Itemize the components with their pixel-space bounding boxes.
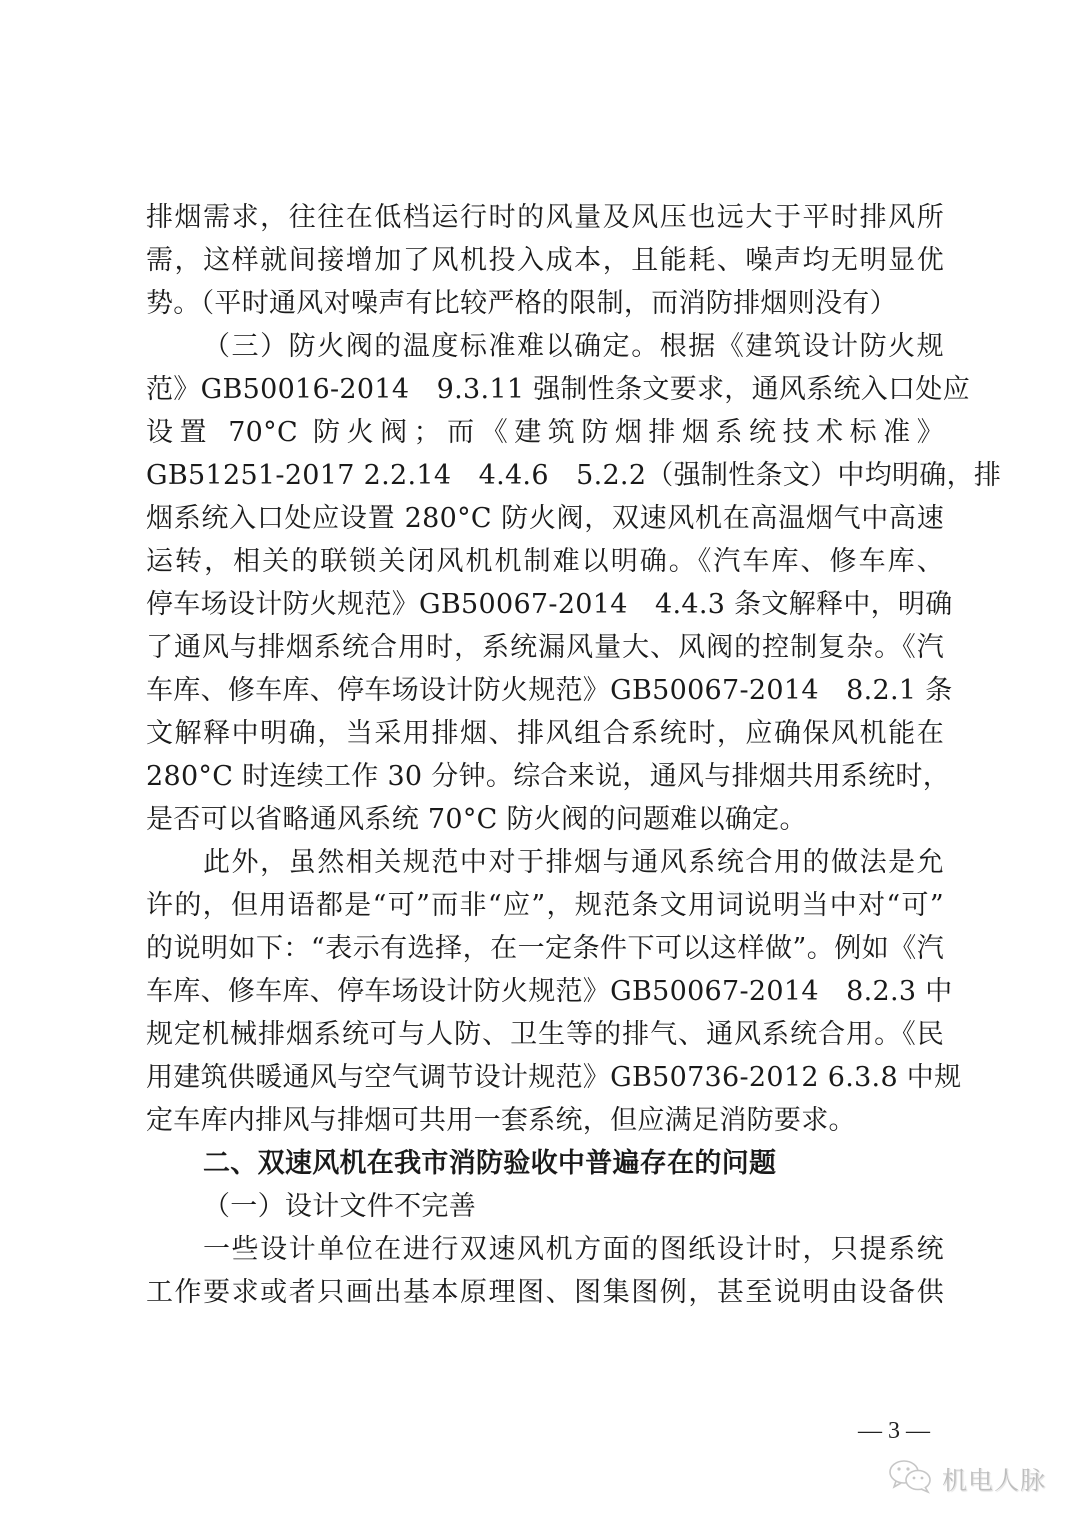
subsection-heading: （一）设计文件不完善 <box>203 1185 944 1228</box>
paragraph-line: 规定机械排烟系统可与人防、卫生等的排气、通风系统合用。《民 <box>146 1013 944 1056</box>
watermark: 机电人脉 <box>888 1458 1046 1499</box>
paragraph-line: 一些设计单位在进行双速风机方面的图纸设计时，只提系统 <box>203 1228 944 1271</box>
section-paragraph-line: （三）防火阀的温度标准难以确定。根据《建筑设计防火规 <box>203 325 944 368</box>
paragraph-line: 用建筑供暖通风与空气调节设计规范》GB50736-2012 6.3.8 中规 <box>146 1056 944 1099</box>
paragraph-line: 文解释中明确，当采用排烟、排风组合系统时，应确保风机能在 <box>146 712 944 755</box>
section-heading: 二、双速风机在我市消防验收中普遍存在的问题 <box>203 1142 944 1185</box>
paragraph-line: 运转，相关的联锁关闭风机机制难以明确。《汽车库、修车库、 <box>146 540 944 583</box>
document-page: 排烟需求，往往在低档运行时的风量及风压也远大于平时排风所 需，这样就间接增加了风… <box>0 0 1080 1527</box>
page-number: — 3 — <box>858 1418 930 1445</box>
paragraph-line: 定车库内排风与排烟可共用一套系统，但应满足消防要求。 <box>146 1099 944 1142</box>
paragraph-line: 停车场设计防火规范》GB50067-2014 4.4.3 条文解释中，明确 <box>146 583 944 626</box>
paragraph-line: 此外，虽然相关规范中对于排烟与通风系统合用的做法是允 <box>203 841 944 884</box>
paragraph-line: 车库、修车库、停车场设计防火规范》GB50067-2014 8.2.1 条 <box>146 669 944 712</box>
paragraph-line: 许的，但用语都是“可”而非“应”，规范条文用词说明当中对“可” <box>146 884 944 927</box>
wechat-icon <box>888 1458 934 1499</box>
paragraph-line: 是否可以省略通风系统 70°C 防火阀的问题难以确定。 <box>146 798 944 841</box>
paragraph-line: 设置 70°C 防火阀；而《建筑防烟排烟系统技术标准》 <box>146 411 944 454</box>
paragraph-line: GB51251-2017 2.2.14 4.4.6 5.2.2（强制性条文）中均… <box>146 454 944 497</box>
paragraph-line: 范》GB50016-2014 9.3.11 强制性条文要求，通风系统入口处应 <box>146 368 944 411</box>
paragraph-line: 需，这样就间接增加了风机投入成本，且能耗、噪声均无明显优 <box>146 239 944 282</box>
paragraph-line: 势。（平时通风对噪声有比较严格的限制，而消防排烟则没有） <box>146 282 944 325</box>
paragraph-line: 烟系统入口处应设置 280°C 防火阀，双速风机在高温烟气中高速 <box>146 497 944 540</box>
paragraph-line: 了通风与排烟系统合用时，系统漏风量大、风阀的控制复杂。《汽 <box>146 626 944 669</box>
paragraph-line: 工作要求或者只画出基本原理图、图集图例，甚至说明由设备供 <box>146 1271 944 1314</box>
paragraph-line: 排烟需求，往往在低档运行时的风量及风压也远大于平时排风所 <box>146 196 944 239</box>
paragraph-line: 车库、修车库、停车场设计防火规范》GB50067-2014 8.2.3 中 <box>146 970 944 1013</box>
watermark-text: 机电人脉 <box>942 1461 1046 1497</box>
paragraph-line: 的说明如下：“表示有选择，在一定条件下可以这样做”。例如《汽 <box>146 927 944 970</box>
paragraph-line: 280°C 时连续工作 30 分钟。综合来说，通风与排烟共用系统时， <box>146 755 944 798</box>
